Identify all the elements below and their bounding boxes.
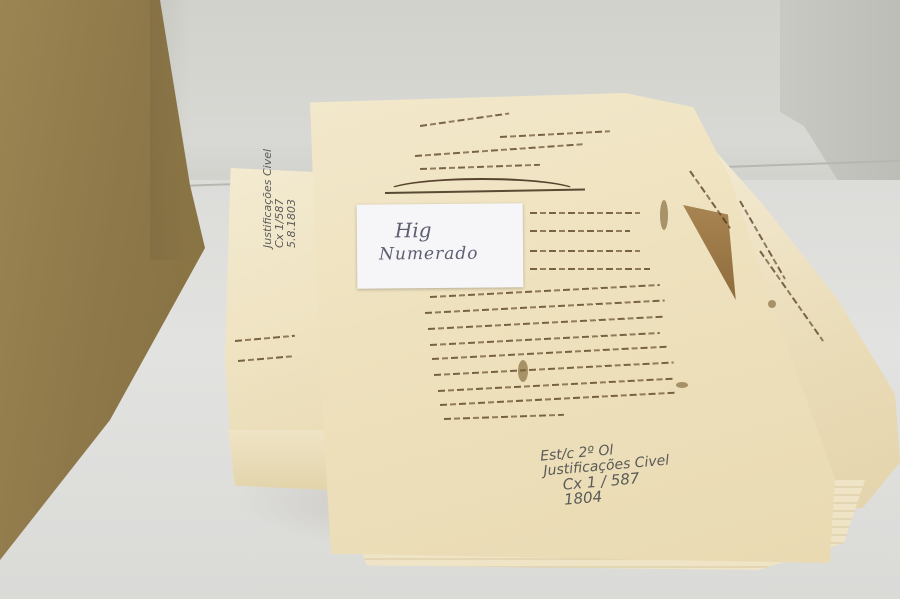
side-bundle-label: Justificações Civel Cx 1/587 5.8.1803 [262, 149, 298, 248]
photo-scene: Hig Numerado Est/c 2º Ol Justificações C… [0, 0, 900, 599]
sticky-note-line-2: Numerado [379, 244, 479, 265]
side-label-date: 5.8.1803 [286, 149, 298, 248]
sticky-note-line-1: Hig [395, 218, 432, 242]
cardboard-shadow [150, 0, 190, 260]
archive-reference-label: Est/c 2º Ol Justificações Civel Cx 1 / 5… [540, 439, 673, 510]
sticky-note: Hig Numerado [357, 203, 524, 288]
